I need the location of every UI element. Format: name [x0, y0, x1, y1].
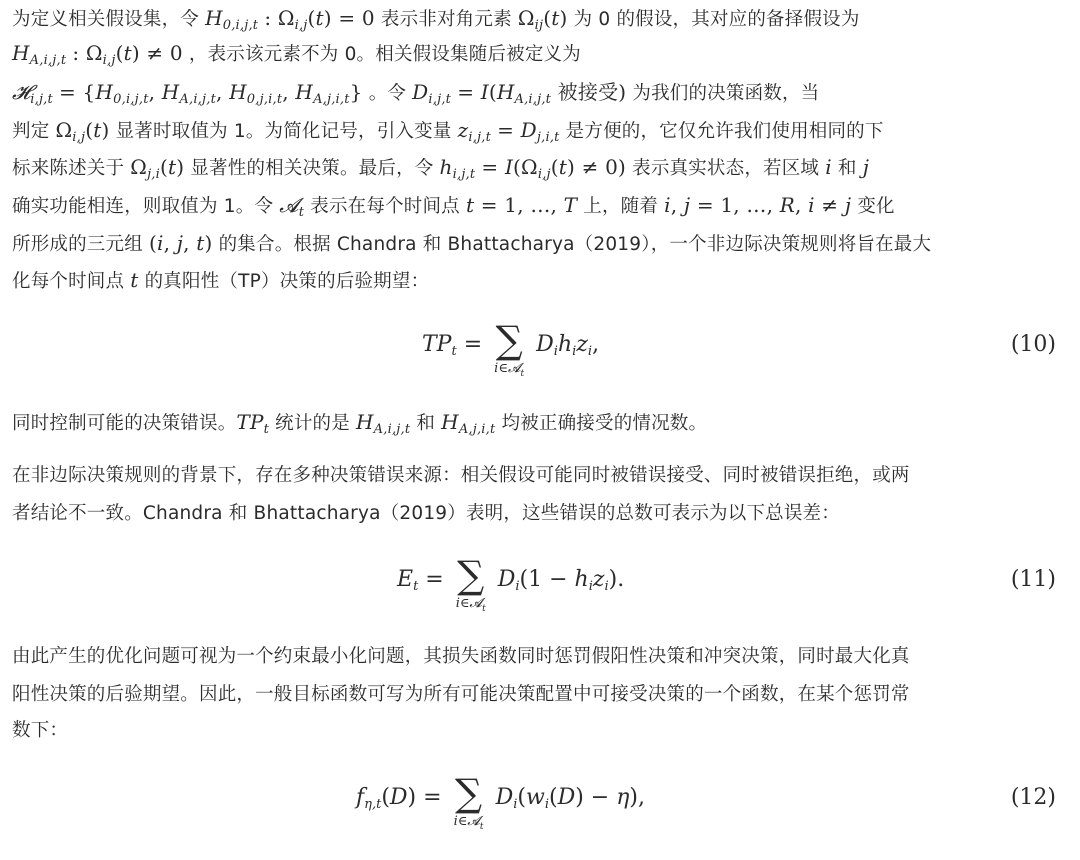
text: 变化	[851, 196, 894, 217]
paragraph-2: 同时控制可能的决策错误。TPt 统计的是 HA,i,j,t 和 HA,j,i,t…	[12, 407, 707, 439]
paragraph-1-line-5: 标来陈述关于 Ωj,i(t) 显著性的相关决策。最后，令 hi,j,t = I(…	[12, 152, 869, 184]
equation-12: fη,t(D) = ∑i∈𝓐t Di(wi(D) − η), (12)	[0, 771, 1080, 841]
text: 同时控制可能的决策错误。	[12, 413, 236, 434]
text: 的真阳性（TP）决策的后验期望：	[139, 271, 430, 292]
text: 均被正确接受的情况数。	[495, 413, 707, 434]
text: 显著性的相关决策。最后，令	[184, 158, 439, 179]
text: 为我们的决策函数，当	[626, 83, 819, 104]
summation-symbol: ∑i∈𝓐t	[442, 771, 496, 829]
paragraph-1-line-4: 判定 Ωi,j(t) 显著时取值为 1。为简化记号，引入变量 zi,j,t = …	[12, 115, 884, 147]
text: 化每个时间点	[12, 271, 130, 292]
text: 表示在每个时间点	[304, 196, 466, 217]
equation-number: (12)	[1011, 785, 1056, 810]
paragraph-1-line-1: 为定义相关假设集，令 H0,i,j,t : Ωi,j(t) = 0 表示非对角元…	[12, 3, 860, 35]
paragraph-4-line-2: 阳性决策的后验期望。因此，一般目标函数可写为所有可能决策配置中可接受决策的一个函…	[12, 680, 910, 710]
text: 。令	[363, 83, 413, 104]
document-page: 为定义相关假设集，令 H0,i,j,t : Ωi,j(t) = 0 表示非对角元…	[0, 0, 1080, 860]
text: 是方便的，它仅允许我们使用相同的下	[560, 121, 884, 142]
text: 被接受	[551, 80, 618, 104]
text: 为 0 的假设，其对应的备择假设为	[568, 9, 860, 30]
paragraph-1-line-6: 确实功能相连，则取值为 1。令 𝓐t 表示在每个时间点 t = 1, …, T …	[12, 190, 895, 222]
paragraph-1-line-3: 𝓗i,j,t = {H0,i,j,t, HA,i,j,t, H0,j,i,t, …	[12, 77, 819, 109]
summation-symbol: ∑i∈𝓐t	[444, 553, 498, 611]
text: 判定	[12, 121, 55, 142]
text: 表示真实状态，若区域	[626, 158, 825, 179]
text: 的集合。根据 Chandra 和 Bhattacharya（2019），一个非边…	[213, 234, 932, 255]
equation-number: (11)	[1011, 567, 1056, 592]
paragraph-1-line-2: HA,i,j,t : Ωi,j(t) ≠ 0 ，表示该元素不为 0。相关假设集随…	[12, 38, 581, 70]
text: 显著时取值为 1。为简化记号，引入变量	[109, 121, 457, 142]
text: 表示非对角元素	[375, 9, 518, 30]
text: 标来陈述关于	[12, 158, 130, 179]
text: 和	[832, 158, 863, 179]
text: 统计的是	[269, 413, 356, 434]
text: ，表示该元素不为 0。相关假设集随后被定义为	[183, 44, 581, 65]
text: 确实功能相连，则取值为 1。令	[12, 196, 279, 217]
summation-symbol: ∑i∈𝓐t	[482, 318, 536, 376]
text: 为定义相关假设集，令	[12, 9, 205, 30]
paragraph-3-line-2: 者结论不一致。Chandra 和 Bhattacharya（2019）表明，这些…	[12, 499, 840, 529]
text: 所形成的三元组	[12, 234, 149, 255]
paragraph-3-line-1: 在非边际决策规则的背景下，存在多种决策错误来源：相关假设可能同时被错误接受、同时…	[12, 461, 910, 491]
equation-number: (10)	[1011, 332, 1056, 357]
paragraph-1-line-7: 所形成的三元组 (i, j, t) 的集合。根据 Chandra 和 Bhatt…	[12, 228, 931, 260]
text: 上，随着	[577, 196, 664, 217]
text: 和	[410, 413, 441, 434]
paragraph-4-line-3: 数下：	[12, 716, 68, 746]
paragraph-1-line-8: 化每个时间点 t 的真阳性（TP）决策的后验期望：	[12, 265, 429, 297]
equation-10: TPt = ∑i∈𝓐t Dihizi, (10)	[0, 318, 1080, 388]
equation-11: Et = ∑i∈𝓐t Di(1 − hizi). (11)	[0, 553, 1080, 623]
paragraph-4-line-1: 由此产生的优化问题可视为一个约束最小化问题，其损失函数同时惩罚假阳性决策和冲突决…	[12, 642, 910, 672]
